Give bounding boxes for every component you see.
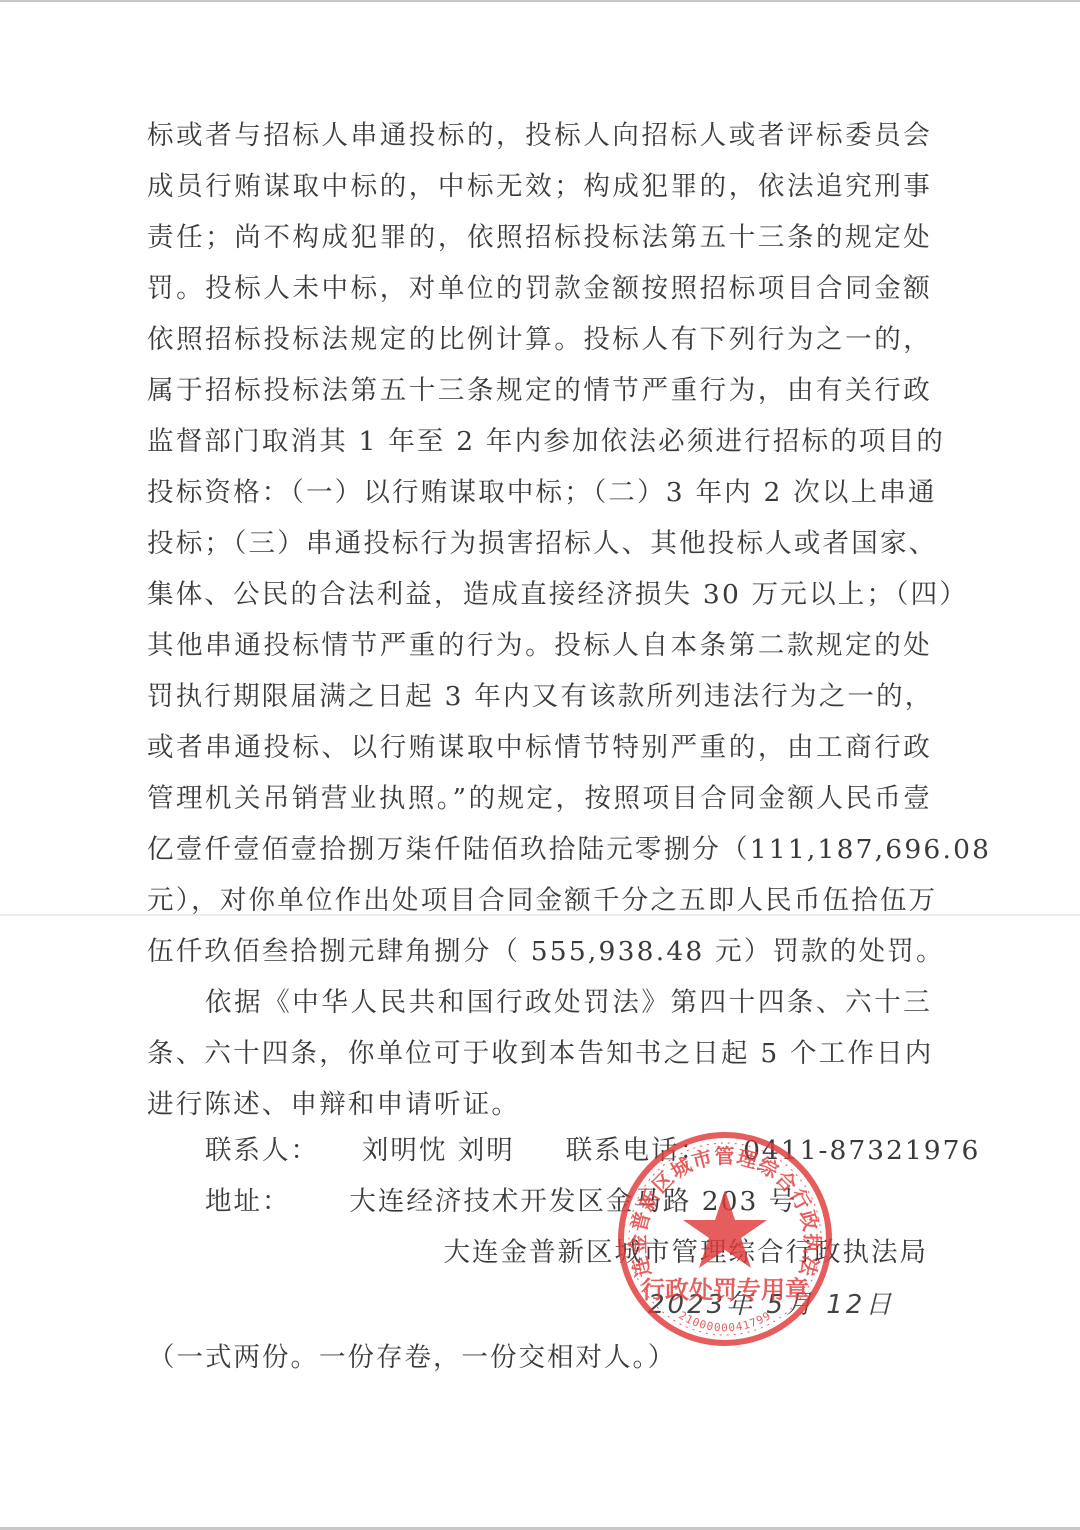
contact-address-row: 地址： 大连经济技术开发区金马路 203 号 bbox=[205, 1176, 935, 1227]
body-line: 标或者与招标人串通投标的，投标人向招标人或者评标委员会 bbox=[147, 110, 932, 161]
copies-note: （一式两份。一份存卷，一份交相对人。） bbox=[148, 1332, 676, 1383]
body-line: 管理机关吊销营业执照。”的规定，按照项目合同金额人民币壹 bbox=[147, 773, 932, 824]
address-label: 地址： bbox=[205, 1186, 291, 1217]
issuing-authority: 大连金普新区城市管理综合行政执法局 bbox=[444, 1227, 929, 1278]
contact-phone: 0411-87321976 bbox=[743, 1135, 980, 1166]
body-line: 监督部门取消其 1 年至 2 年内参加依法必须进行招标的项目的 bbox=[147, 416, 932, 467]
contact-person-label: 联系人： bbox=[205, 1135, 319, 1166]
body-line: 元），对你单位作出处项目合同金额千分之五即人民币伍拾伍万 bbox=[147, 875, 932, 926]
penalty-amount-line: 伍仟玖佰叁拾捌元肆角捌分（ 555,938.48 元）罚款的处罚。 bbox=[147, 926, 932, 977]
contact-person-names: 刘明忱 刘明 bbox=[362, 1135, 515, 1166]
body-line: 属于招标投标法第五十三条规定的情节严重行为，由有关行政 bbox=[147, 365, 932, 416]
address-value: 大连经济技术开发区金马路 203 号 bbox=[349, 1186, 797, 1217]
issue-date: 2023年 5月 12日 bbox=[648, 1280, 894, 1331]
contact-block: 联系人： 刘明忱 刘明 联系电话： 0411-87321976 地址： 大连经济… bbox=[205, 1125, 935, 1227]
body-line: 成员行贿谋取中标的，中标无效；构成犯罪的，依法追究刑事 bbox=[147, 161, 932, 212]
body-line: 集体、公民的合法利益，造成直接经济损失 30 万元以上；（四） bbox=[147, 569, 932, 620]
legal-basis-line: 条、六十四条，你单位可于收到本告知书之日起 5 个工作日内 bbox=[147, 1028, 932, 1079]
body-line: 亿壹仟壹佰壹拾捌万柒仟陆佰玖拾陆元零捌分（111,187,696.08 bbox=[147, 824, 932, 875]
legal-basis-line: 进行陈述、申辩和申请听证。 bbox=[147, 1079, 932, 1130]
page-top-edge bbox=[0, 0, 1080, 2]
body-line: 罚执行期限届满之日起 3 年内又有该款所列违法行为之一的， bbox=[147, 671, 932, 722]
body-line: 投标资格：（一）以行贿谋取中标；（二）3 年内 2 次以上串通 bbox=[147, 467, 932, 518]
body-line: 罚。投标人未中标，对单位的罚款金额按照招标项目合同金额 bbox=[147, 263, 932, 314]
contact-person-row: 联系人： 刘明忱 刘明 联系电话： 0411-87321976 bbox=[205, 1125, 935, 1176]
body-line: 投标；（三）串通投标行为损害招标人、其他投标人或者国家、 bbox=[147, 518, 932, 569]
body-line: 依照招标投标法规定的比例计算。投标人有下列行为之一的， bbox=[147, 314, 932, 365]
legal-basis-line: 依据《中华人民共和国行政处罚法》第四十四条、六十三 bbox=[147, 977, 932, 1028]
body-line: 其他串通投标情节严重的行为。投标人自本条第二款规定的处 bbox=[147, 620, 932, 671]
notice-body: 标或者与招标人串通投标的，投标人向招标人或者评标委员会 成员行贿谋取中标的，中标… bbox=[147, 110, 932, 1130]
body-line: 责任；尚不构成犯罪的，依照招标投标法第五十三条的规定处 bbox=[147, 212, 932, 263]
body-line: 或者串通投标、以行贿谋取中标情节特别严重的，由工商行政 bbox=[147, 722, 932, 773]
contact-phone-label: 联系电话： bbox=[566, 1135, 709, 1166]
